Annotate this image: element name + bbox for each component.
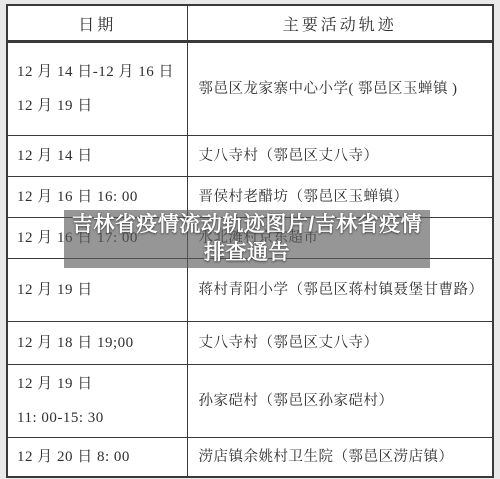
watermark-overlay: 吉林省疫情流动轨迹图片/吉林省疫情排查通告 (64, 210, 430, 268)
track-cell: 孙家硙村（鄠邑区孙家硙村） (187, 365, 493, 438)
date-line: 12 月 19 日 (17, 273, 181, 307)
track-cell: 丈八寺村（鄠邑区丈八寺） (187, 322, 493, 365)
date-line: 12 月 14 日-12 月 16 日 (17, 55, 181, 89)
track-cell: 鄠邑区龙家寨中心小学( 鄠邑区玉蝉镇 ) (187, 42, 493, 136)
track-cell: 涝店镇余姚村卫生院（鄠邑区涝店镇） (187, 438, 493, 478)
column-header-track: 主要活动轨迹 (187, 5, 493, 42)
table-row: 12 月 14 日-12 月 16 日 12 月 19 日 鄠邑区龙家寨中心小学… (7, 42, 493, 136)
table-row: 12 月 18 日 19;00 丈八寺村（鄠邑区丈八寺） (7, 322, 493, 365)
date-cell: 12 月 14 日-12 月 16 日 12 月 19 日 (7, 42, 187, 136)
date-line: 11: 00-15: 30 (17, 401, 181, 435)
date-cell: 12 月 20 日 8: 00 (7, 438, 187, 478)
date-cell: 12 月 14 日 (7, 136, 187, 177)
watermark-title: 吉林省疫情流动轨迹图片/吉林省疫情排查通告 (69, 211, 425, 267)
table-row: 12 月 14 日 丈八寺村（鄠邑区丈八寺） (7, 136, 493, 177)
date-cell: 12 月 19 日 11: 00-15: 30 (7, 365, 187, 438)
date-line: 12 月 19 日 (17, 89, 181, 123)
date-line: 12 月 14 日 (17, 139, 181, 173)
table-row: 12 月 19 日 11: 00-15: 30 孙家硙村（鄠邑区孙家硙村） (7, 365, 493, 438)
table-row: 12 月 20 日 8: 00 涝店镇余姚村卫生院（鄠邑区涝店镇） (7, 438, 493, 478)
date-cell: 12 月 18 日 19;00 (7, 322, 187, 365)
date-line: 12 月 19 日 (17, 367, 181, 401)
date-line: 12 月 18 日 19;00 (17, 326, 181, 360)
date-line: 12 月 16 日 16: 00 (17, 180, 181, 214)
table-header-row: 日期 主要活动轨迹 (7, 5, 493, 42)
track-cell: 丈八寺村（鄠邑区丈八寺） (187, 136, 493, 177)
column-header-date: 日期 (7, 5, 187, 42)
date-line: 12 月 20 日 8: 00 (17, 440, 181, 474)
